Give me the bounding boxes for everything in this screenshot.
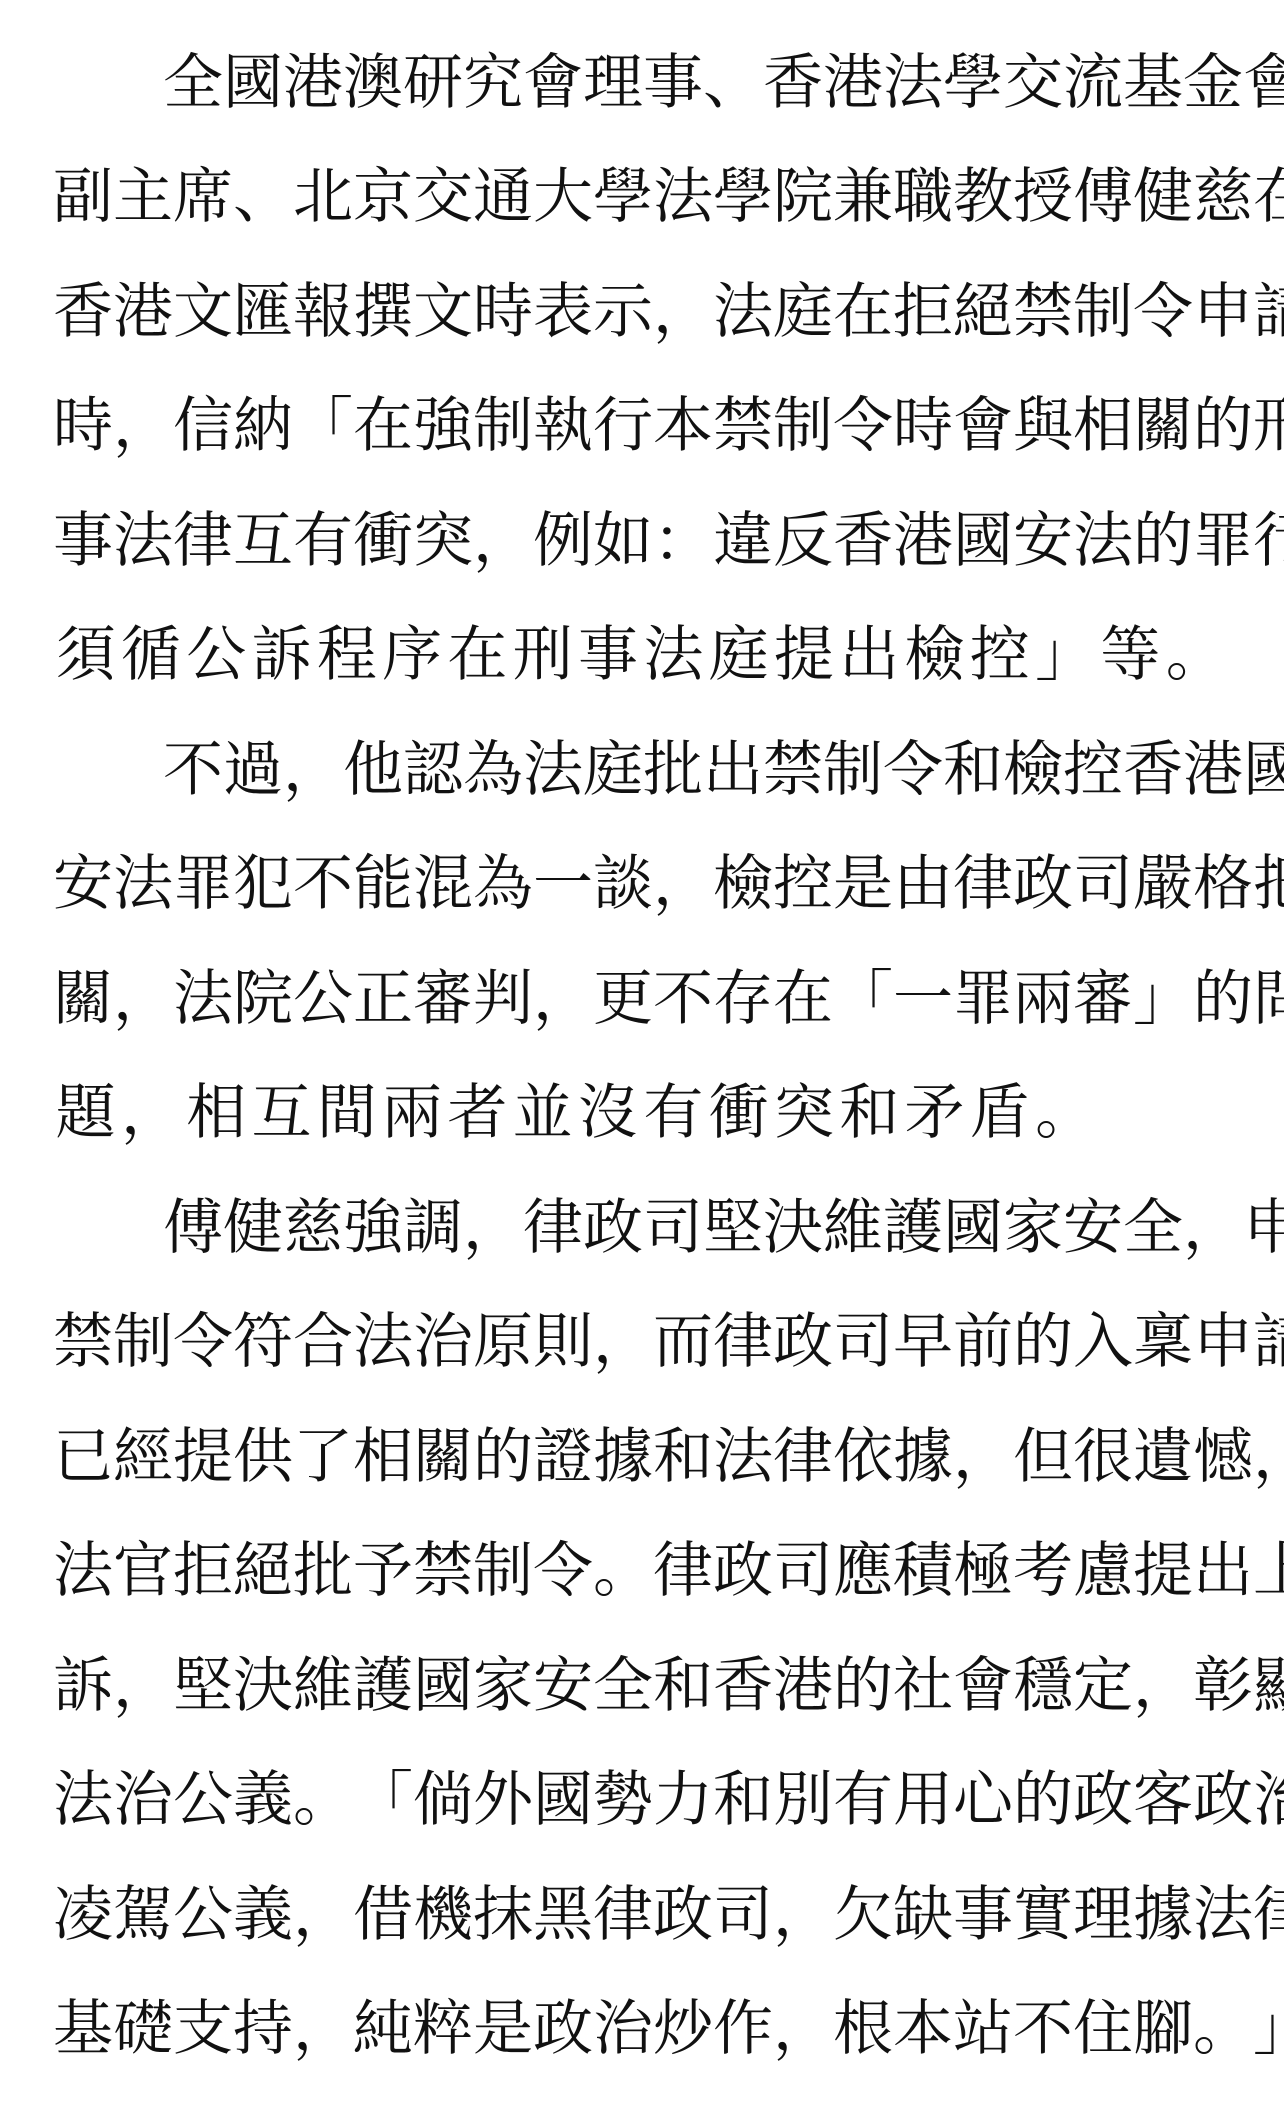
text-line: 不過，他認為法庭批出禁制令和檢控香港國: [163, 735, 1229, 805]
text-line: 事法律互有衝突，例如：違反香港國安法的罪行: [53, 506, 1229, 576]
text-line: 須循公訴程序在刑事法庭提出檢控」等。: [53, 620, 1229, 690]
text-line: 凌駕公義，借機抹黑律政司，欠缺事實理據法律: [53, 1880, 1229, 1950]
text-line: 傅健慈強調，律政司堅決維護國家安全，申請: [163, 1193, 1229, 1263]
text-line: 法官拒絕批予禁制令。律政司應積極考慮提出上: [53, 1536, 1229, 1606]
text-line: 題，相互間兩者並沒有衝突和矛盾。: [53, 1078, 1229, 1148]
text-line: 關，法院公正審判，更不存在「一罪兩審」的問: [53, 964, 1229, 1034]
text-line: 基礎支持，純粹是政治炒作，根本站不住腳。」: [53, 1994, 1229, 2064]
text-line: 法治公義。「倘外國勢力和別有用心的政客政治: [53, 1765, 1229, 1835]
text-line: 安法罪犯不能混為一談，檢控是由律政司嚴格把: [53, 849, 1229, 919]
text-line: 香港文匯報撰文時表示，法庭在拒絕禁制令申請: [53, 277, 1229, 347]
text-line: 禁制令符合法治原則，而律政司早前的入稟申請: [53, 1307, 1229, 1377]
text-line: 全國港澳研究會理事、香港法學交流基金會: [163, 48, 1229, 118]
text-line: 已經提供了相關的證據和法律依據，但很遺憾，: [53, 1422, 1229, 1492]
text-line: 訴，堅決維護國家安全和香港的社會穩定，彰顯: [53, 1651, 1229, 1721]
article-body: 全國港澳研究會理事、香港法學交流基金會 副主席、北京交通大學法學院兼職教授傅健慈…: [0, 0, 1284, 2101]
text-line: 時，信納「在強制執行本禁制令時會與相關的刑: [53, 391, 1229, 461]
text-line: 副主席、北京交通大學法學院兼職教授傅健慈在: [53, 162, 1229, 232]
